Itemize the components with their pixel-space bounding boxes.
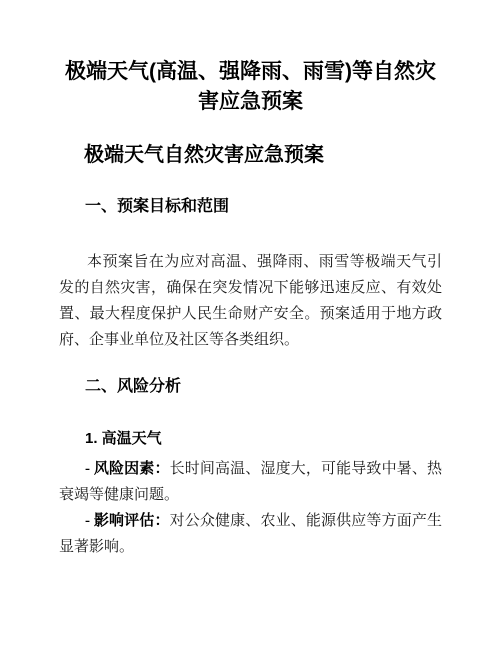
risk-factor-label: - 风险因素： (85, 461, 170, 477)
section-1-paragraph: 本预案旨在为应对高温、强降雨、雨雪等极端天气引发的自然灾害，确保在突发情况下能够… (59, 249, 442, 353)
section-2-heading: 二、风险分析 (59, 376, 442, 398)
document-title: 极端天气(高温、强降雨、雨雪)等自然灾害应急预案 (59, 57, 442, 117)
risk-factor-item: - 风险因素：长时间高温、湿度大，可能导致中暑、热衰竭等健康问题。 (59, 456, 442, 508)
document-page: 极端天气(高温、强降雨、雨雪)等自然灾害应急预案 极端天气自然灾害应急预案 一、… (0, 0, 500, 647)
impact-assessment-label: - 影响评估： (85, 513, 170, 529)
subsection-1-heading: 1. 高温天气 (59, 428, 442, 450)
impact-assessment-item: - 影响评估：对公众健康、农业、能源供应等方面产生显著影响。 (59, 508, 442, 560)
section-1-heading: 一、预案目标和范围 (59, 196, 442, 218)
document-subtitle: 极端天气自然灾害应急预案 (59, 142, 442, 168)
